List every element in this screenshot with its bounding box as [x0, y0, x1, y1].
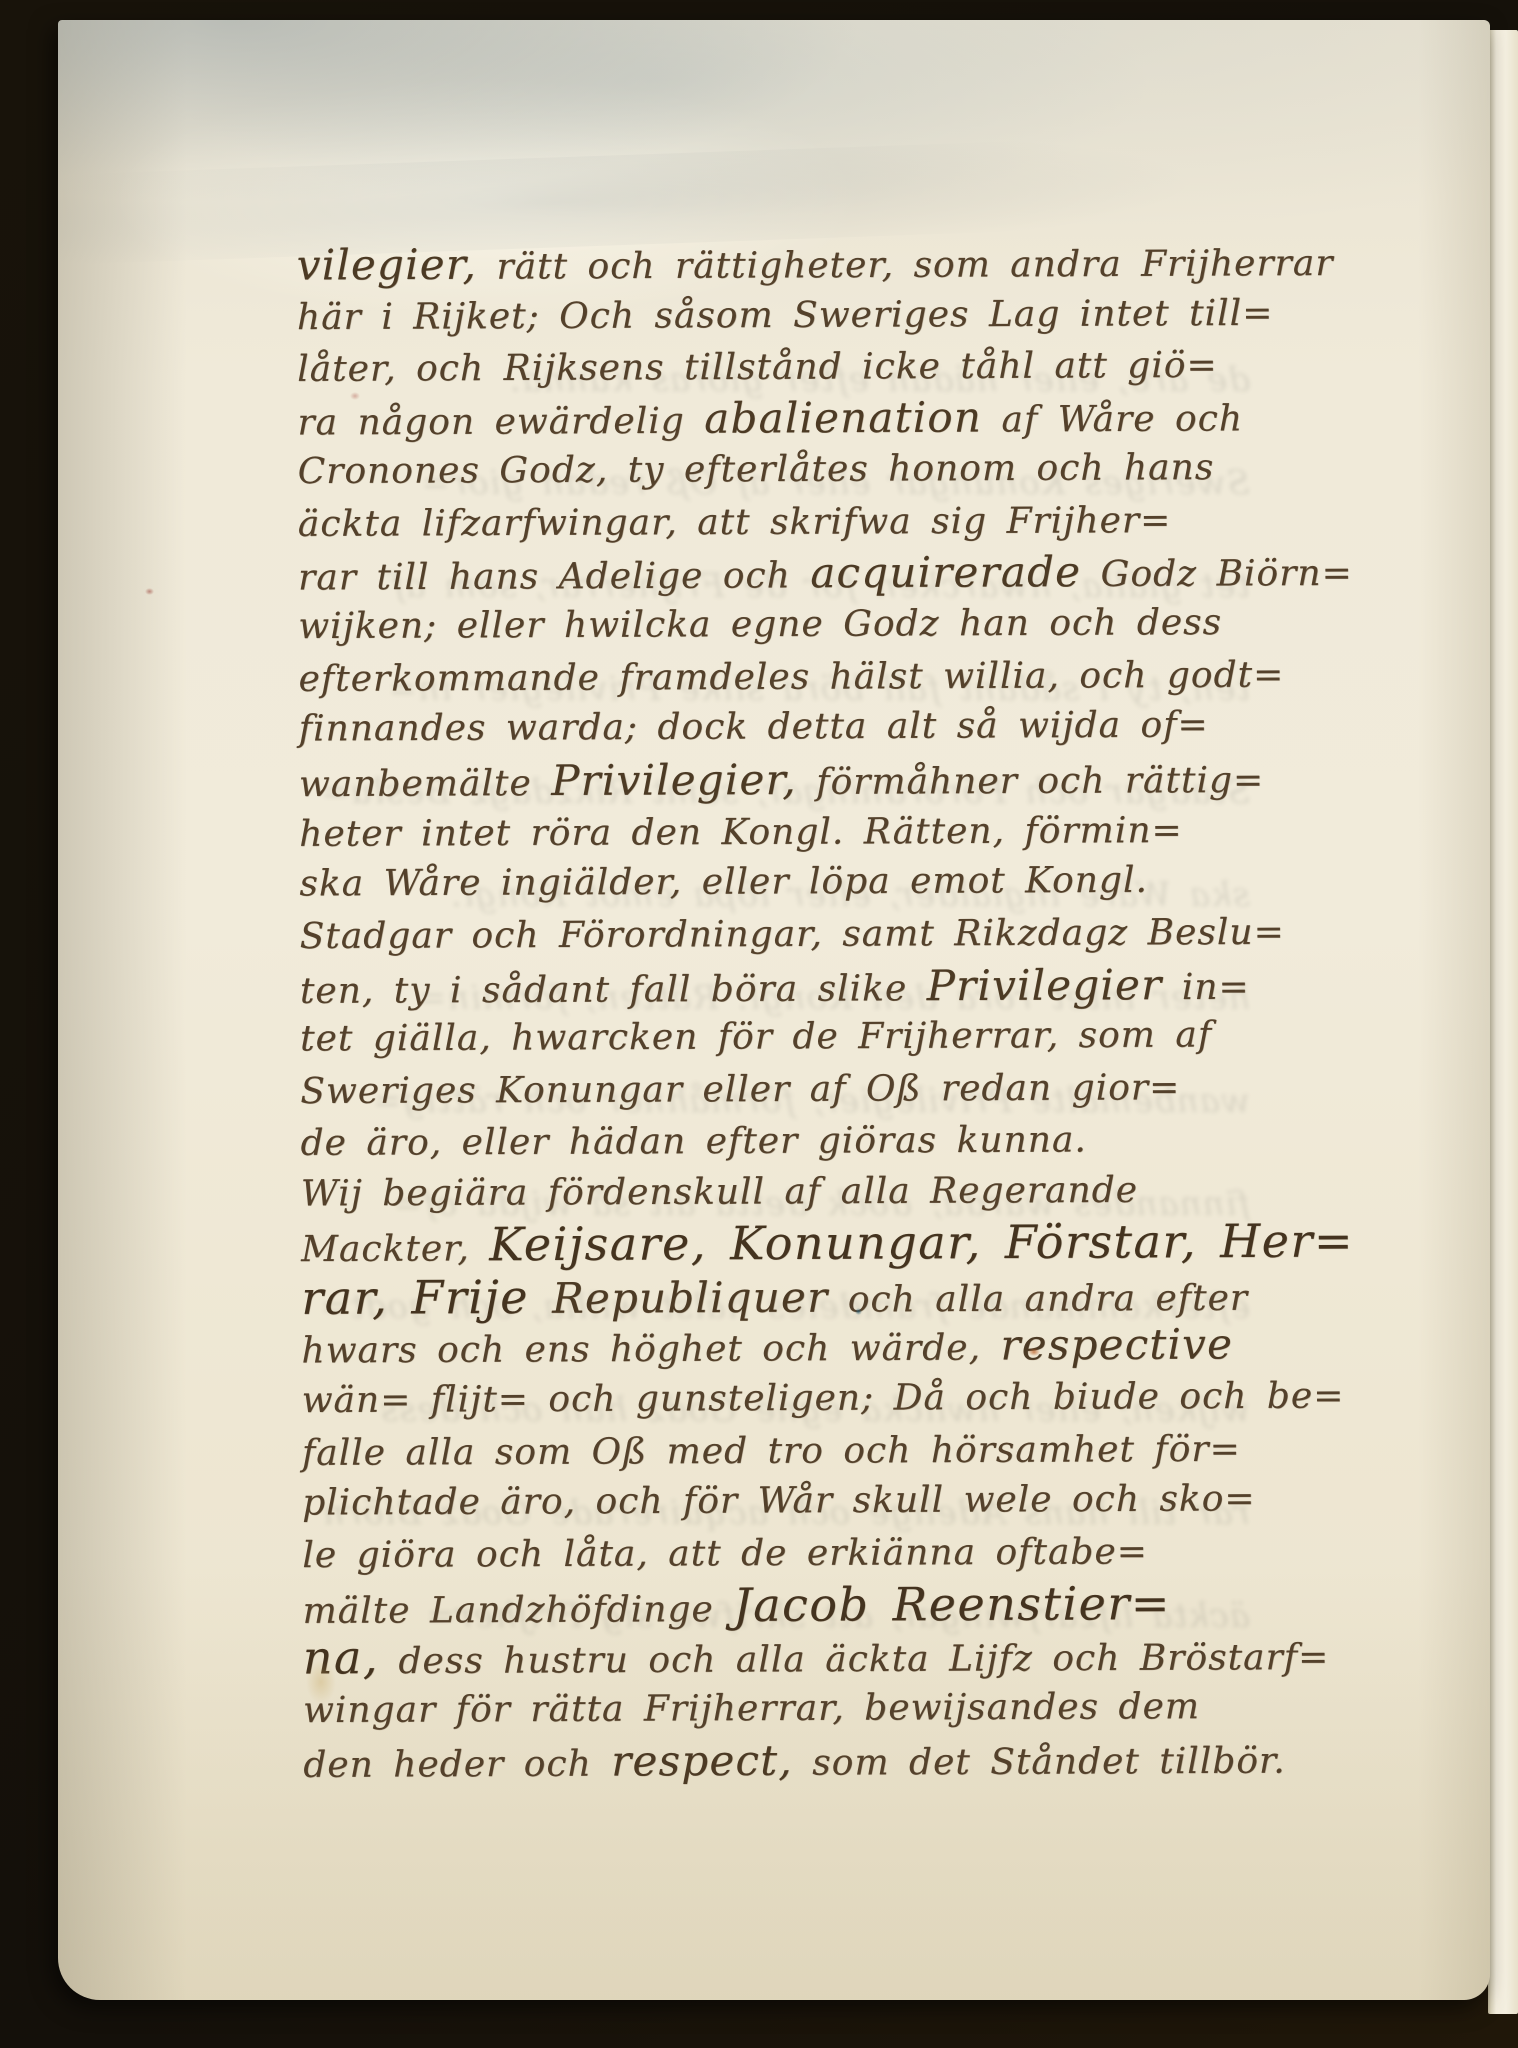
underlying-page-edge — [1488, 30, 1518, 2014]
manuscript-photo: de äro, eller hädan efter giöras kunna.S… — [0, 0, 1518, 2048]
text-segment: mälte Landzhöfdinge — [303, 1589, 734, 1632]
text-line-9: efterkommande framdeles hälst willia, oc… — [298, 649, 1263, 705]
text-line-5: Cronones Godz, ty efterlåtes honom och h… — [298, 442, 1263, 498]
text-segment: här i Rijket; Och såsom Sweriges Lag int… — [297, 292, 1274, 337]
text-line-26: le giöra och låta, att de erkiänna oftab… — [302, 1526, 1267, 1582]
text-segment: efterkommande framdeles hälst willia, oc… — [298, 654, 1284, 699]
text-segment: falle alla som Oß med tro och hörsamhet … — [302, 1428, 1241, 1473]
text-segment: finnandes warda; dock detta alt så wijda… — [299, 705, 1209, 750]
text-segment: wijken; eller hwilcka egne Godz han och … — [298, 602, 1222, 647]
text-line-22: hwars och ens höghet och wärde, respecti… — [301, 1319, 1266, 1375]
text-segment: respective — [1000, 1320, 1233, 1370]
text-segment: Privilegier — [927, 960, 1163, 1010]
text-line-29: wingar för rätta Frijherrar, bewijsandes… — [303, 1681, 1268, 1737]
text-line-18: de äro, eller hädan efter giöras kunna. — [300, 1114, 1265, 1170]
text-line-24: falle alla som Oß med tro och hörsamhet … — [302, 1423, 1267, 1479]
text-segment: Godz Biörn= — [1081, 552, 1353, 594]
text-segment: abalienation — [704, 392, 982, 442]
stain-spot — [350, 392, 360, 400]
text-line-19: Wij begiära fördenskull af alla Regerand… — [301, 1164, 1266, 1220]
text-line-8: wijken; eller hwilcka egne Godz han och … — [298, 597, 1263, 653]
handwritten-text: vilegier, rätt och rättigheter, som andr… — [297, 236, 1269, 1788]
text-line-28: na, dess hustru och alla äckta Lijfz och… — [303, 1628, 1268, 1684]
text-segment: wingar för rätta Frijherrar, bewijsandes… — [303, 1686, 1200, 1731]
text-segment: förmåhner och rättig= — [797, 760, 1265, 803]
text-segment: hwars och ens höghet och wärde, — [301, 1328, 1000, 1372]
text-line-14: Stadgar och Förordningar, samt Rikzdagz … — [300, 907, 1265, 963]
text-segment: den heder och — [303, 1744, 611, 1786]
text-segment: Sweriges Konungar eller af Oß redan gior… — [300, 1067, 1180, 1112]
text-line-1: vilegier, rätt och rättigheter, som andr… — [297, 235, 1262, 291]
text-line-4: ra någon ewärdelig abalienation af Wåre … — [297, 390, 1262, 446]
stain-spot — [1028, 1348, 1040, 1356]
stain-spot — [855, 1308, 862, 1315]
text-segment: Mackter, — [301, 1229, 489, 1271]
text-segment: dess hustru och alla äckta Lijfz och Brö… — [379, 1637, 1329, 1682]
text-line-7: rar till hans Adelige och acquirerade Go… — [298, 545, 1263, 601]
text-line-2: här i Rijket; Och såsom Sweriges Lag int… — [297, 287, 1262, 343]
text-segment: äckta lifzarfwingar, att skrifwa sig Fri… — [298, 500, 1172, 545]
text-line-13: ska Wåre ingiälder, eller löpa emot Kong… — [299, 854, 1264, 910]
text-line-11: wanbemälte Privilegier, förmåhner och rä… — [299, 752, 1264, 808]
text-line-21: rar, Frije Republiquer och alla andra ef… — [301, 1269, 1266, 1325]
text-line-12: heter intet röra den Kongl. Rätten, förm… — [299, 804, 1264, 860]
text-segment: Keijsare, Konungar, Förstar, Her= — [489, 1214, 1354, 1272]
text-segment: in= — [1162, 967, 1249, 1008]
text-segment: Republiquer — [552, 1272, 828, 1322]
text-segment: respect, — [611, 1736, 793, 1786]
text-line-25: plichtade äro, och för Wår skull wele oc… — [302, 1474, 1267, 1530]
text-line-20: Mackter, Keijsare, Konungar, Förstar, He… — [301, 1216, 1266, 1272]
text-line-15: ten, ty i sådant fall böra slike Privile… — [300, 959, 1265, 1015]
text-line-16: tet giälla, hwarcken för de Frijherrar, … — [300, 1009, 1265, 1065]
text-segment: af Wåre och — [982, 398, 1243, 440]
text-line-30: den heder och respect, som det Ståndet t… — [303, 1733, 1268, 1789]
text-line-27: mälte Landzhöfdinge Jacob Reenstier= — [302, 1578, 1267, 1634]
stain-spot — [145, 588, 154, 595]
text-line-17: Sweriges Konungar eller af Oß redan gior… — [300, 1061, 1265, 1117]
text-segment: rar, Frije — [301, 1270, 552, 1325]
text-segment: rar till hans Adelige och — [298, 555, 810, 598]
text-segment: de äro, eller hädan efter giöras kunna. — [300, 1120, 1086, 1164]
text-segment: ten, ty i sådant fall böra slike — [300, 968, 927, 1012]
text-line-10: finnandes warda; dock detta alt så wijda… — [299, 700, 1264, 756]
text-segment: heter intet röra den Kongl. Rätten, förm… — [299, 810, 1183, 855]
text-segment: wanbemälte — [299, 763, 551, 805]
text-segment: som det Ståndet tillbör. — [793, 1741, 1286, 1784]
text-segment: acquirerade — [810, 547, 1081, 597]
text-segment: Privilegier, — [551, 755, 797, 805]
text-line-6: äckta lifzarfwingar, att skrifwa sig Fri… — [298, 495, 1263, 551]
text-segment: vilegier, — [297, 240, 477, 290]
text-segment: låter, och Rijksens tillstånd icke tåhl … — [297, 345, 1218, 390]
text-segment: och alla andra efter — [828, 1278, 1248, 1321]
text-segment: plichtade äro, och för Wår skull wele oc… — [302, 1479, 1256, 1524]
text-segment: rätt och rättigheter, som andra Frijherr… — [477, 243, 1334, 288]
text-line-3: låter, och Rijksens tillstånd icke tåhl … — [297, 340, 1262, 396]
text-segment: ska Wåre ingiälder, eller löpa emot Kong… — [299, 860, 1148, 905]
text-segment: Stadgar och Förordningar, samt Rikzdagz … — [300, 912, 1285, 957]
text-segment: tet giälla, hwarcken för de Frijherrar, … — [300, 1014, 1212, 1059]
text-segment: Jacob Reenstier= — [733, 1577, 1171, 1633]
text-segment: wän= flijt= och gunsteligen; Då och biud… — [302, 1376, 1345, 1422]
text-segment: le giöra och låta, att de erkiänna oftab… — [302, 1531, 1148, 1576]
text-segment: Cronones Godz, ty efterlåtes honom och h… — [298, 447, 1215, 492]
stain-spot — [306, 1660, 336, 1704]
text-segment: ra någon ewärdelig — [297, 401, 704, 444]
text-line-23: wän= flijt= och gunsteligen; Då och biud… — [302, 1371, 1267, 1427]
text-segment: Wij begiära fördenskull af alla Regerand… — [301, 1170, 1138, 1215]
